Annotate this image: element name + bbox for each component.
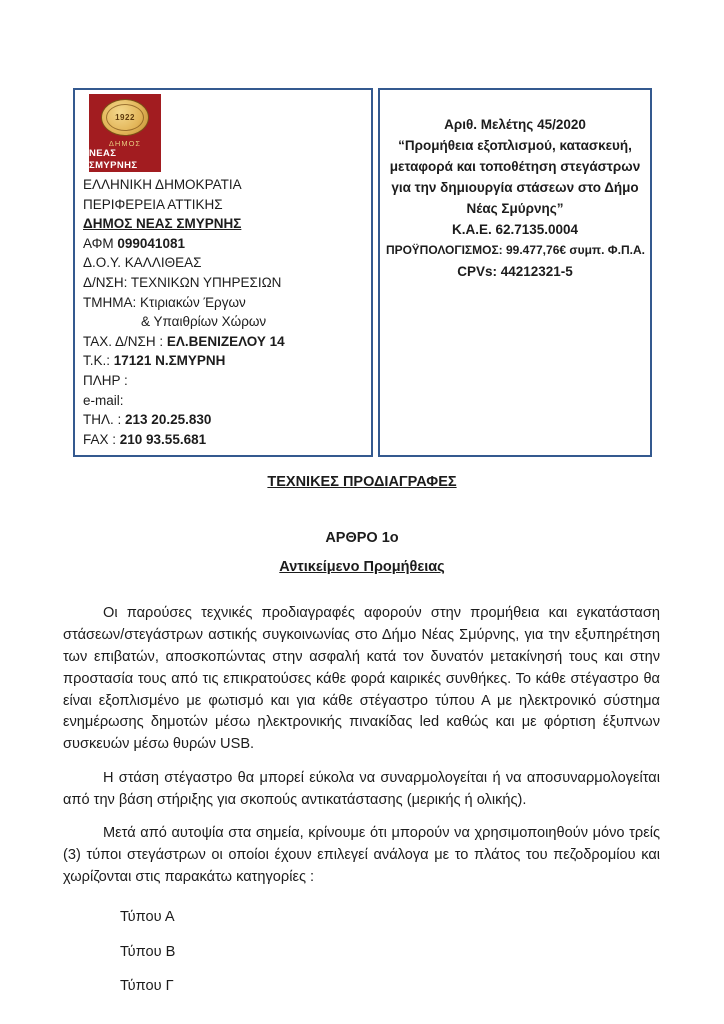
study-budget-line: ΠΡΟΫΠΟΛΟΓΙΣΜΟΣ: 99.477,76€ συμπ. Φ.Π.Α.	[386, 240, 644, 261]
agency-line-department2: & Υπαιθρίων Χώρων	[83, 312, 365, 332]
document-body: Οι παρούσες τεχνικές προδιαγραφές αφορού…	[63, 603, 660, 998]
document-page: 1922 ΔΗΜΟΣ ΝΕΑΣ ΣΜΥΡΝΗΣ ΕΛΛΗΝΙΚΗ ΔΗΜΟΚΡΑ…	[0, 0, 724, 1024]
agency-line-phone: ΤΗΛ. : 213 20.25.830	[83, 410, 365, 430]
agency-line-postcode: Τ.Κ.: 17121 Ν.ΣΜΥΡΝΗ	[83, 351, 365, 371]
agency-line-contact-person: ΠΛΗΡ :	[83, 371, 365, 391]
agency-line-municipality: ΔΗΜΟΣ ΝΕΑΣ ΣΜΥΡΝΗΣ	[83, 214, 365, 234]
seal-year: 1922	[115, 108, 135, 128]
agency-line-email: e-mail:	[83, 391, 365, 411]
study-kae-line: Κ.Α.Ε. 62.7135.0004	[386, 219, 644, 240]
agency-line-fax: FAX : 210 93.55.681	[83, 430, 365, 450]
shelter-type-c: Τύπου Γ	[120, 976, 660, 998]
agency-line-doy: Δ.Ο.Υ. ΚΑΛΛΙΘΕΑΣ	[83, 253, 365, 273]
agency-line-republic: ΕΛΛΗΝΙΚΗ ΔΗΜΟΚΡΑΤΙΑ	[83, 175, 365, 195]
study-title-line-3: για την δημιουργία στάσεων στο Δήμο	[386, 177, 644, 198]
letterhead-agency-box: 1922 ΔΗΜΟΣ ΝΕΑΣ ΣΜΥΡΝΗΣ ΕΛΛΗΝΙΚΗ ΔΗΜΟΚΡΑ…	[73, 88, 373, 457]
logo-caption-bottom: ΝΕΑΣ ΣΜΥΡΝΗΣ	[89, 148, 161, 172]
study-number-line: Αριθ. Μελέτης 45/2020	[386, 114, 644, 135]
study-title-line-2: μεταφορά και τοποθέτηση στεγάστρων	[386, 156, 644, 177]
shelter-type-b: Τύπου Β	[120, 942, 660, 964]
letterhead-study-box: Αριθ. Μελέτης 45/2020 “Προμήθεια εξοπλισ…	[378, 88, 652, 457]
agency-line-department: ΤΜΗΜΑ: Κτιριακών Έργων	[83, 293, 365, 313]
shelter-type-list: Τύπου Α Τύπου Β Τύπου Γ	[120, 907, 660, 998]
agency-line-address: ΤΑΧ. Δ/ΝΣΗ : ΕΛ.ΒΕΝΙΖΕΛΟΥ 14	[83, 332, 365, 352]
study-cpv-line: CPVs: 44212321-5	[386, 261, 644, 282]
agency-line-afm: ΑΦΜ 099041081	[83, 234, 365, 254]
paragraph-assembly: Η στάση στέγαστρο θα μπορεί εύκολα να συ…	[63, 768, 660, 812]
municipality-logo: 1922 ΔΗΜΟΣ ΝΕΑΣ ΣΜΥΡΝΗΣ	[89, 94, 161, 172]
heading-subject: Αντικείμενο Προμήθειας	[0, 559, 724, 575]
agency-line-directorate: Δ/ΝΣΗ: ΤΕΧΝΙΚΩΝ ΥΠΗΡΕΣΙΩΝ	[83, 273, 365, 293]
shelter-type-a: Τύπου Α	[120, 907, 660, 929]
agency-line-region: ΠΕΡΙΦΕΡΕΙΑ ΑΤΤΙΚΗΣ	[83, 195, 365, 215]
heading-technical-specs: ΤΕΧΝΙΚΕΣ ΠΡΟΔΙΑΓΡΑΦΕΣ	[0, 474, 724, 490]
study-title-line-4: Νέας Σμύρνης”	[386, 198, 644, 219]
heading-article-1: ΑΡΘΡΟ 1ο	[0, 530, 724, 546]
municipal-seal-icon: 1922	[101, 99, 149, 136]
study-title-line-1: “Προμήθεια εξοπλισμού, κατασκευή,	[386, 135, 644, 156]
logo-caption-top: ΔΗΜΟΣ	[109, 139, 141, 148]
letterhead: 1922 ΔΗΜΟΣ ΝΕΑΣ ΣΜΥΡΝΗΣ ΕΛΛΗΝΙΚΗ ΔΗΜΟΚΡΑ…	[73, 88, 652, 457]
paragraph-site-inspection: Μετά από αυτοψία στα σημεία, κρίνουμε ότ…	[63, 823, 660, 888]
paragraph-scope: Οι παρούσες τεχνικές προδιαγραφές αφορού…	[63, 603, 660, 756]
